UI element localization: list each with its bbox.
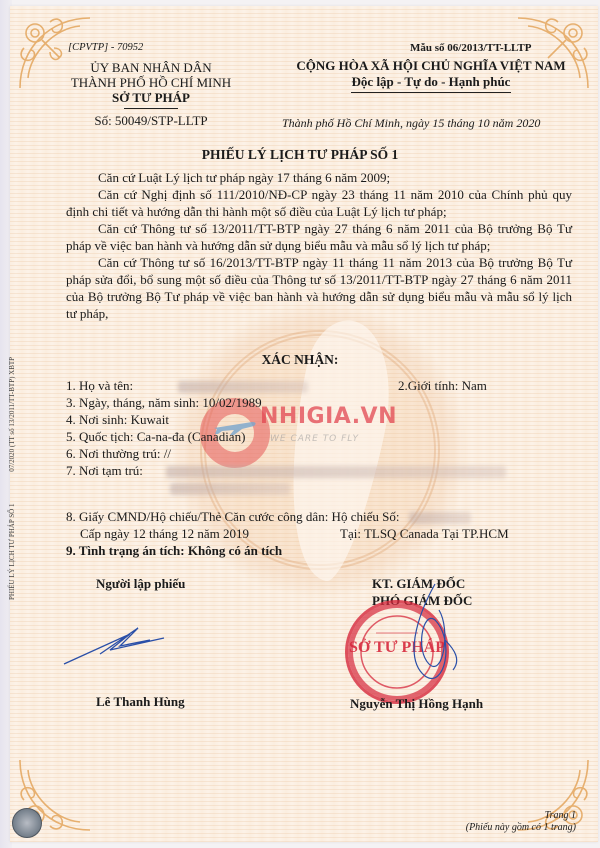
field-label: 7. Nơi tạm trú: <box>66 463 143 478</box>
legal-basis-text: Căn cứ Nghị định số 111/2010/NĐ-CP ngày … <box>66 187 572 219</box>
legal-basis-text: Căn cứ Thông tư số 13/2011/TT-BTP ngày 2… <box>66 221 572 253</box>
field-label: 8. Giấy CMND/Hộ chiếu/Thẻ Căn cước công … <box>66 509 399 524</box>
field-gender: 2.Giới tính: Nam <box>398 377 487 394</box>
legal-basis-text: Căn cứ Luật Lý lịch tư pháp ngày 17 thán… <box>98 170 390 185</box>
legal-basis: Căn cứ Thông tư số 13/2011/TT-BTP ngày 2… <box>66 220 572 254</box>
legal-basis-text: Căn cứ Thông tư số 16/2013/TT-BTP ngày 1… <box>66 255 572 321</box>
document-title: PHIẾU LÝ LỊCH TƯ PHÁP SỐ 1 <box>0 147 600 163</box>
legal-basis: Căn cứ Nghị định số 111/2010/NĐ-CP ngày … <box>66 186 572 220</box>
authority-line-1: ỦY BAN NHÂN DÂN <box>48 60 254 75</box>
field-birthplace: 4. Nơi sinh: Kuwait <box>66 411 169 428</box>
field-issued-date: Cấp ngày 12 tháng 12 năm 2019 <box>80 525 249 542</box>
divider <box>351 92 511 93</box>
field-date-of-birth: 3. Ngày, tháng, năm sinh: 10/02/1989 <box>66 394 262 411</box>
divider <box>124 108 178 109</box>
preparer-title: Người lập phiếu <box>96 576 185 592</box>
redacted-value <box>178 381 308 393</box>
field-full-name: 1. Họ và tên: <box>66 377 308 394</box>
field-criminal-record: 9. Tình trạng án tích: Không có án tích <box>66 542 282 559</box>
national-header: CỘNG HÒA XÃ HỘI CHỦ NGHĨA VIỆT NAM Độc l… <box>282 58 580 93</box>
document-number: Số: 50049/STP-LLTP <box>48 113 254 128</box>
place-and-date: Thành phố Hồ Chí Minh, ngày 15 tháng 10 … <box>282 116 540 131</box>
director-signature-icon <box>395 580 465 690</box>
field-permanent-residence: 6. Nơi thường trú: // <box>66 445 171 462</box>
field-issued-place: Tại: TLSQ Canada Tại TP.HCM <box>340 525 509 542</box>
legal-basis: Căn cứ Thông tư số 16/2013/TT-BTP ngày 1… <box>66 254 572 322</box>
field-temporary-residence: 7. Nơi tạm trú: <box>66 462 506 479</box>
preparer-signature-icon <box>60 620 170 670</box>
issuing-authority: ỦY BAN NHÂN DÂN THÀNH PHỐ HỒ CHÍ MINH SỞ… <box>48 60 254 128</box>
page-number: Trang 1 <box>545 810 576 821</box>
form-number: Mẫu số 06/2013/TT-LLTP <box>410 42 531 54</box>
field-label: 1. Họ và tên: <box>66 378 133 393</box>
redacted-value <box>409 512 471 524</box>
field-temporary-residence-cont <box>170 479 290 496</box>
hologram-seal-icon <box>12 808 42 838</box>
redacted-value <box>170 483 290 495</box>
field-nationality: 5. Quốc tịch: Ca-na-đa (Canadian) <box>66 428 245 445</box>
national-motto: Độc lập - Tự do - Hạnh phúc <box>282 74 580 90</box>
legal-basis: Căn cứ Luật Lý lịch tư pháp ngày 17 thán… <box>66 169 572 186</box>
authority-department: SỞ TƯ PHÁP <box>48 90 254 105</box>
side-text-title: PHIẾU LÝ LỊCH TƯ PHÁP SỐ 1 <box>8 504 16 600</box>
redacted-value <box>166 466 506 478</box>
side-text-code: 07/2020 (TT số 13/2011/TT-BTP) XBTP <box>8 357 16 472</box>
page-count-note: (Phiếu này gồm có 1 trang) <box>466 822 576 833</box>
preparer-name: Lê Thanh Hùng <box>96 694 185 710</box>
authority-line-2: THÀNH PHỐ HỒ CHÍ MINH <box>48 75 254 90</box>
signer-name: Nguyễn Thị Hồng Hạnh <box>350 696 483 712</box>
confirmation-heading: XÁC NHẬN: <box>0 352 600 368</box>
field-id-document: 8. Giấy CMND/Hộ chiếu/Thẻ Căn cước công … <box>66 508 471 525</box>
document-code: [CPVTP] - 70952 <box>68 42 143 53</box>
nation-name: CỘNG HÒA XÃ HỘI CHỦ NGHĨA VIỆT NAM <box>282 58 580 74</box>
